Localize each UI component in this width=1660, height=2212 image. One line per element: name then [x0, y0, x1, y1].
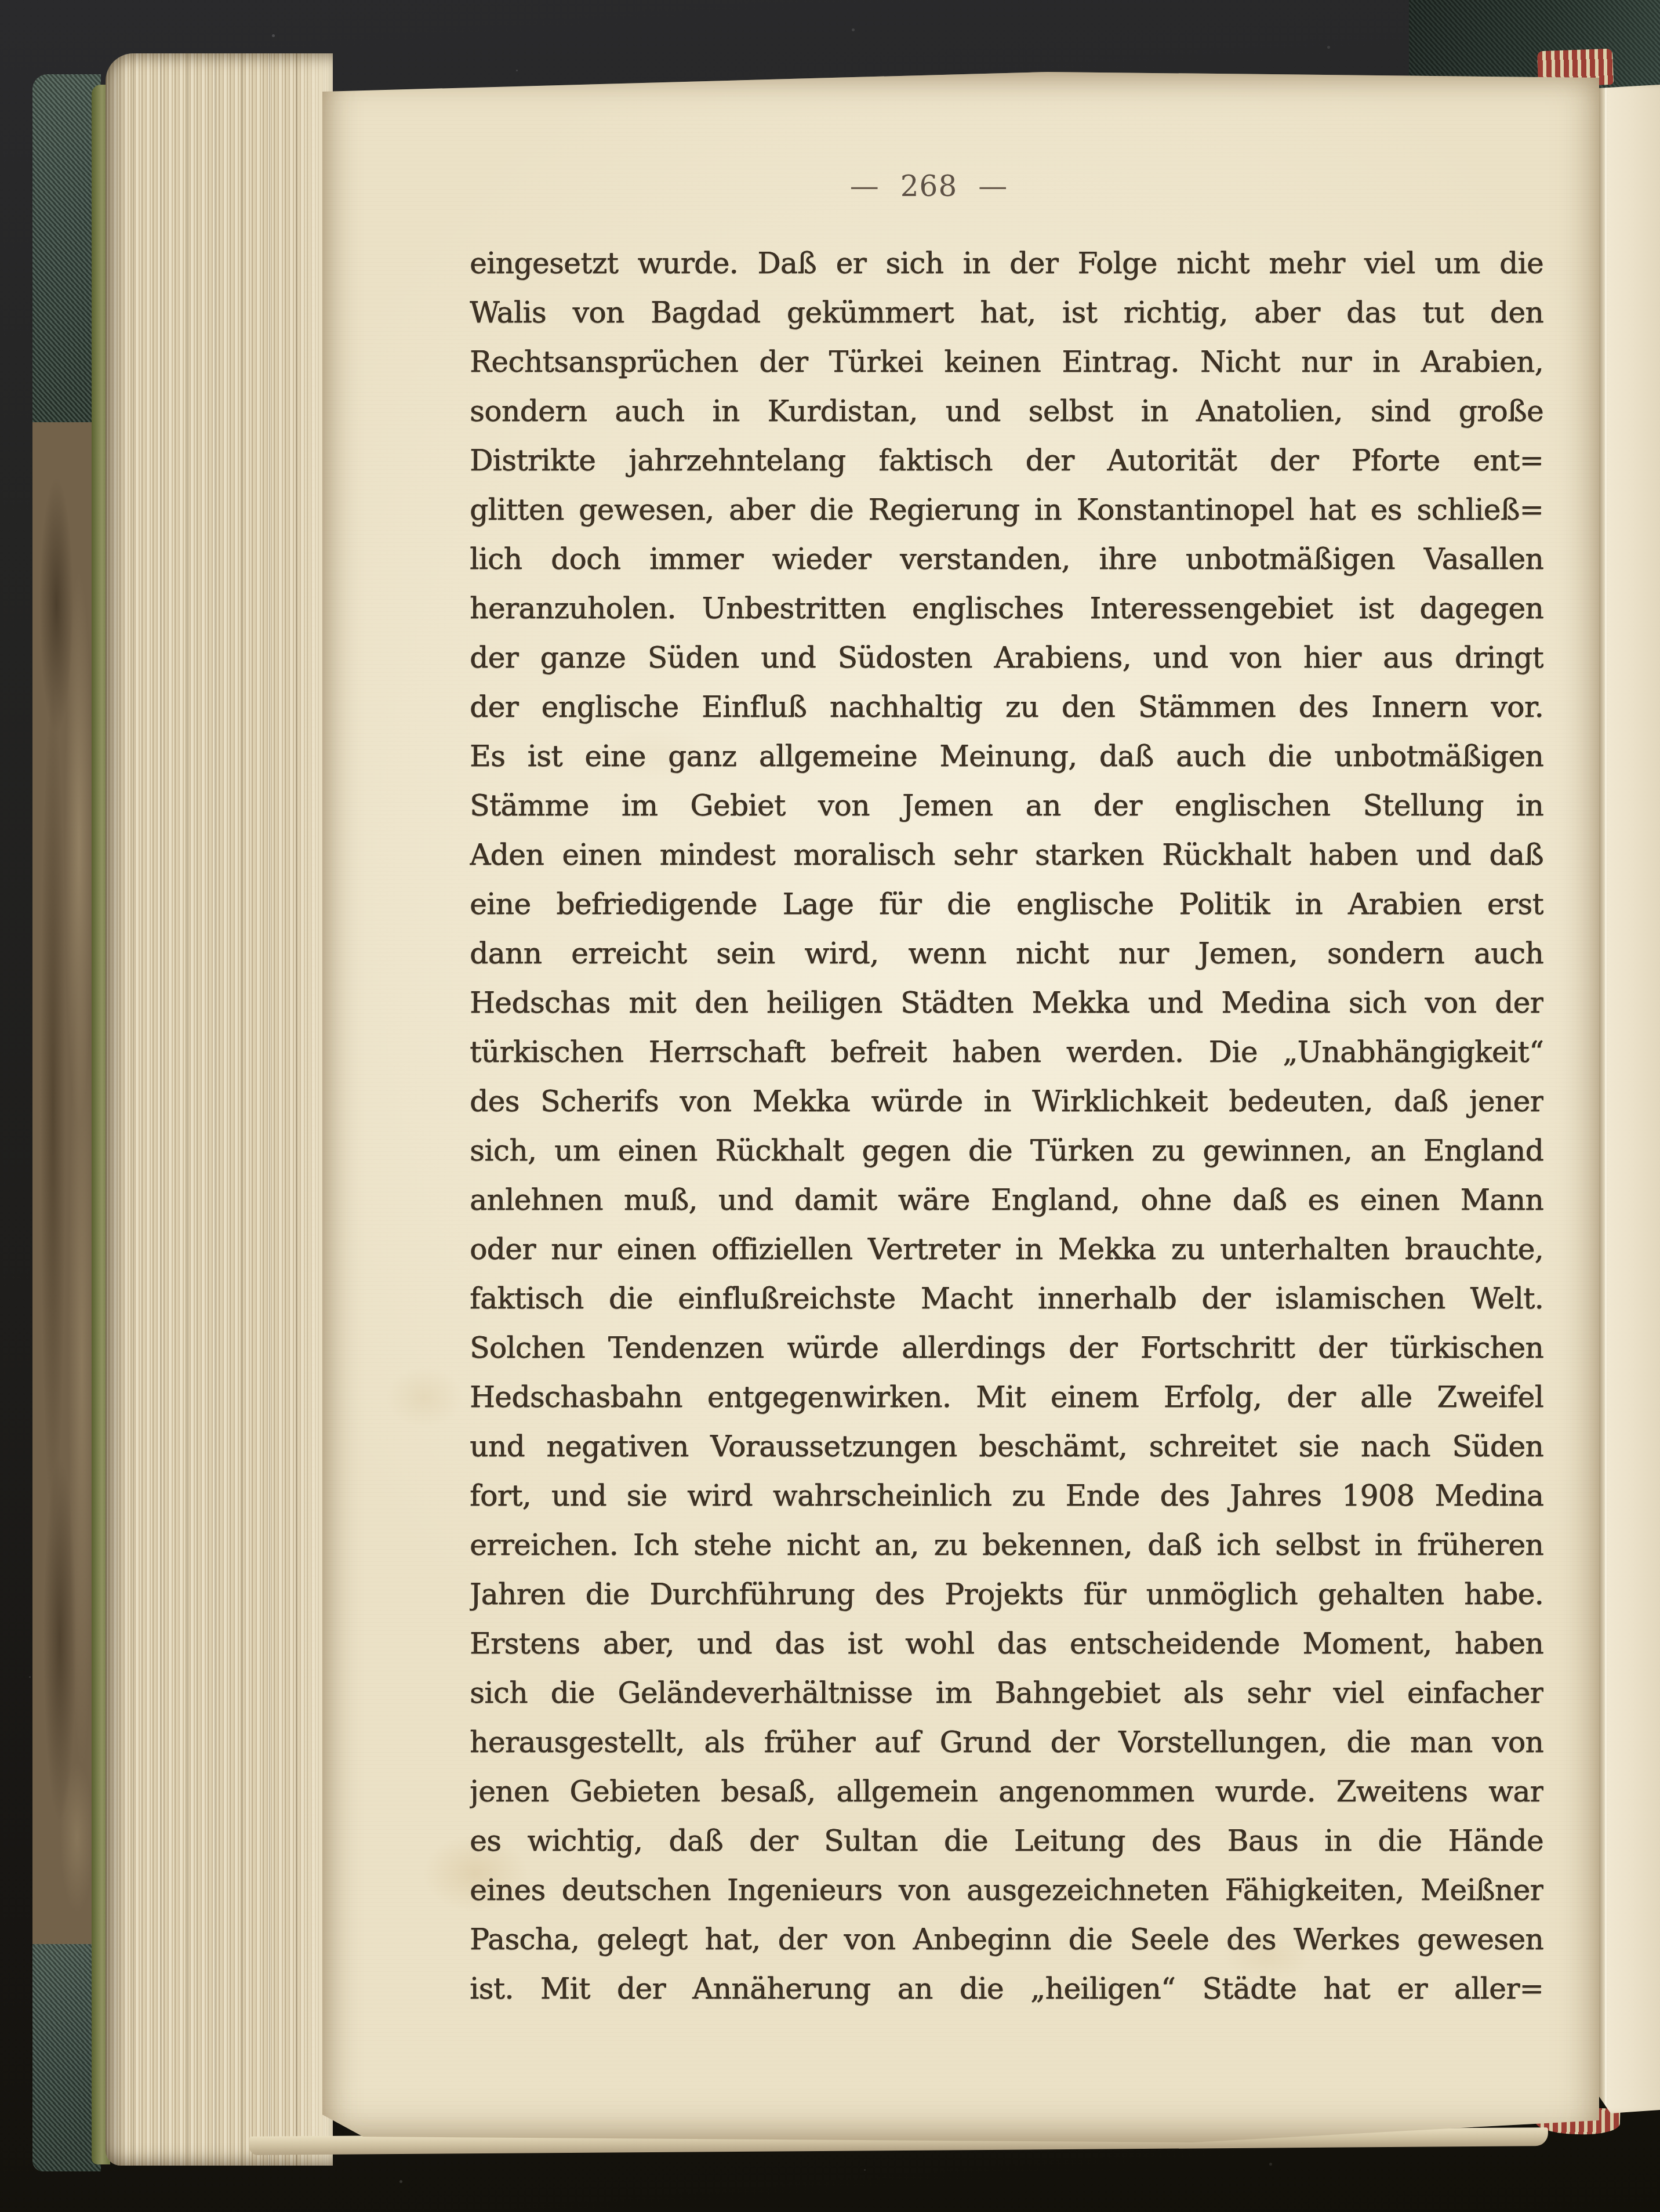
text-line: Hedschas mit den heiligen Städten Mekka … — [470, 978, 1543, 1028]
cover-cloth-corner-top — [32, 74, 101, 422]
text-line: faktisch die einflußreichste Macht inner… — [470, 1274, 1543, 1323]
text-line: jenen Gebieten besaß, allgemein angenomm… — [470, 1767, 1543, 1816]
text-line: herausgestellt, als früher auf Grund der… — [470, 1718, 1543, 1767]
page-edge-stack — [106, 53, 333, 2166]
text-line: und negativen Voraussetzungen beschämt, … — [470, 1422, 1543, 1471]
text-line: eingesetzt wurde. Daß er sich in der Fol… — [470, 239, 1543, 288]
page-number-dash-right: — — [978, 169, 1008, 203]
text-line: Es ist eine ganz allgemeine Meinung, daß… — [470, 732, 1543, 781]
text-line: fort, und sie wird wahrscheinlich zu End… — [470, 1471, 1543, 1521]
text-line: heranzuholen. Unbestritten englisches In… — [470, 584, 1543, 633]
text-line: der englische Einfluß nachhaltig zu den … — [470, 683, 1543, 732]
text-line: dann erreicht sein wird, wenn nicht nur … — [470, 929, 1543, 978]
page-number-dash-left: — — [850, 169, 880, 203]
text-line: anlehnen muß, und damit wäre England, oh… — [470, 1176, 1543, 1225]
text-line: der ganze Süden und Südosten Arabiens, u… — [470, 633, 1543, 683]
text-line: eine befriedigende Lage für die englisch… — [470, 880, 1543, 929]
text-line: Walis von Bagdad gekümmert hat, ist rich… — [470, 288, 1543, 338]
scanned-book-photo: —268— eingesetzt wurde. Daß er sich in d… — [0, 0, 1660, 2212]
facing-page-sliver — [1598, 85, 1660, 2113]
text-line: glitten gewesen, aber die Regierung in K… — [470, 485, 1543, 535]
book-cover-left-edge — [32, 74, 101, 2171]
text-line: ist. Mit der Annäherung an die „heiligen… — [470, 1964, 1543, 2014]
text-line: Pascha, gelegt hat, der von Anbeginn die… — [470, 1915, 1543, 1964]
text-line: lich doch immer wieder verstanden, ihre … — [470, 535, 1543, 584]
text-line: es wichtig, daß der Sultan die Leitung d… — [470, 1816, 1543, 1866]
text-line: sich die Geländeverhältnisse im Bahngebi… — [470, 1669, 1543, 1718]
text-line: Hedschasbahn entgegenwirken. Mit einem E… — [470, 1373, 1543, 1422]
text-line: türkischen Herrschaft befreit haben werd… — [470, 1028, 1543, 1077]
book-page: —268— eingesetzt wurde. Daß er sich in d… — [322, 72, 1599, 2142]
text-line: Rechtsansprüchen der Türkei keinen Eintr… — [470, 338, 1543, 387]
text-line: Erstens aber, und das ist wohl das entsc… — [470, 1619, 1543, 1669]
marbled-board-edge — [32, 422, 101, 1944]
text-line: sich, um einen Rückhalt gegen die Türken… — [470, 1126, 1543, 1176]
text-line: Aden einen mindest moralisch sehr starke… — [470, 831, 1543, 880]
text-line: Jahren die Durchführung des Projekts für… — [470, 1570, 1543, 1619]
text-line: eines deutschen Ingenieurs von ausgezeic… — [470, 1866, 1543, 1915]
text-line: Solchen Tendenzen würde allerdings der F… — [470, 1323, 1543, 1373]
text-line: des Scherifs von Mekka würde in Wirklich… — [470, 1077, 1543, 1126]
text-line: Distrikte jahrzehntelang faktisch der Au… — [470, 436, 1543, 485]
cover-cloth-corner-bottom — [32, 1944, 101, 2171]
text-line: sondern auch in Kurdistan, und selbst in… — [470, 387, 1543, 436]
text-line: oder nur einen offiziellen Vertreter in … — [470, 1225, 1543, 1274]
page-number: —268— — [322, 169, 1535, 203]
text-line: erreichen. Ich stehe nicht an, zu bekenn… — [470, 1521, 1543, 1570]
page-number-value: 268 — [900, 169, 957, 203]
text-block: eingesetzt wurde. Daß er sich in der Fol… — [470, 239, 1543, 2014]
text-line: Stämme im Gebiet von Jemen an der englis… — [470, 781, 1543, 831]
